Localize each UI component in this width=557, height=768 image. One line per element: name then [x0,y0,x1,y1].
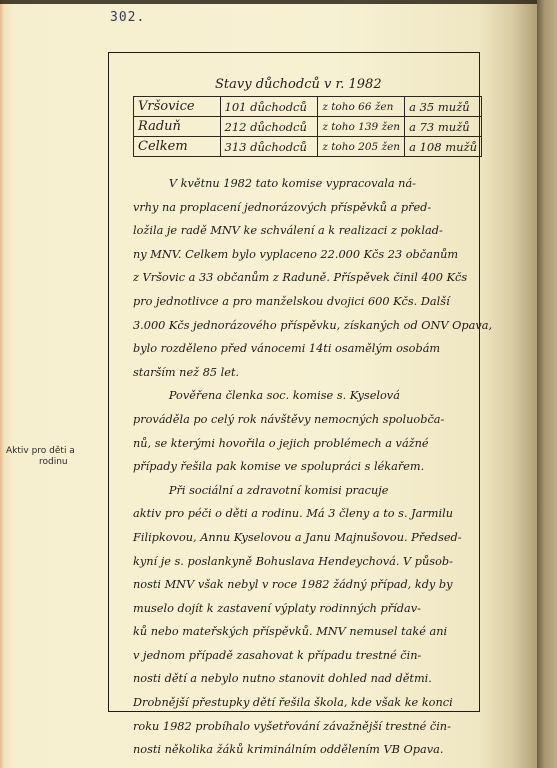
table-row: Raduň 212 důchodců z toho 139 žen a 73 m… [134,117,482,137]
text-line: Pověřena členka soc. komise s. Kyselová [133,384,488,408]
margin-note: Aktiv pro děti a rodinu [6,446,96,468]
page-number: 302. [110,10,145,25]
text-line: roku 1982 probíhalo vyšetřování závažněj… [133,715,488,739]
cell-total: 212 důchodců [220,117,318,137]
text-line: kyní je s. poslankyně Bohuslava Hendeych… [133,550,488,574]
cell-men: a 73 mužů [405,117,482,137]
table-row: Vršovice 101 důchodců z toho 66 žen a 35… [134,97,482,117]
text-line: v jednom případě zasahovat k případu tre… [133,644,488,668]
pensioners-table: Vršovice 101 důchodců z toho 66 žen a 35… [133,96,482,157]
text-line: nů, se kterými hovořila o jejich problém… [133,432,488,456]
cell-men: a 35 mužů [405,97,482,117]
body-text: V květnu 1982 tato komise vypracovala ná… [133,172,488,762]
text-line: bylo rozděleno před vánocemi 14ti osaměl… [133,337,488,361]
cell-women: z toho 205 žen [318,137,405,157]
table-row: Celkem 313 důchodců z toho 205 žen a 108… [134,137,482,157]
text-line: starším než 85 let. [133,361,488,385]
text-line: nosti MNV však nebyl v roce 1982 žádný p… [133,573,488,597]
text-line: Při sociální a zdravotní komisi pracuje [133,479,488,503]
cell-total: 313 důchodců [220,137,318,157]
text-line: z Vršovic a 33 občanům z Raduně. Příspěv… [133,266,488,290]
text-line: ny MNV. Celkem bylo vyplaceno 22.000 Kčs… [133,243,488,267]
cell-total: 101 důchodců [220,97,318,117]
text-line: Drobnější přestupky dětí řešila škola, k… [133,691,488,715]
text-line: nosti několika žáků kriminálním oddělení… [133,738,488,762]
cell-name: Celkem [134,137,221,157]
text-line: vrhy na proplacení jednorázových příspěv… [133,196,488,220]
margin-note-line1: Aktiv pro děti a [6,446,75,456]
text-line: ků nebo mateřských příspěvků. MNV nemuse… [133,620,488,644]
margin-note-line2: rodinu [6,457,96,468]
scanned-page: 302. Aktiv pro děti a rodinu Stavy důcho… [0,0,557,768]
cell-name: Raduň [134,117,221,137]
text-line: prováděla po celý rok návštěvy nemocných… [133,408,488,432]
text-line: 3.000 Kčs jednorázového příspěvku, získa… [133,314,488,338]
cell-women: z toho 66 žen [318,97,405,117]
text-line: případy řešila pak komise ve spolupráci … [133,455,488,479]
cell-name: Vršovice [134,97,221,117]
table-title: Stavy důchodců v r. 1982 [215,77,382,92]
text-line: pro jednotlivce a pro manželskou dvojici… [133,290,488,314]
book-binding-edge [537,0,557,768]
text-line: V květnu 1982 tato komise vypracovala ná… [133,172,488,196]
cell-men: a 108 mužů [405,137,482,157]
text-line: Filipkovou, Annu Kyselovou a Janu Majnuš… [133,526,488,550]
text-line: muselo dojít k zastavení výplaty rodinný… [133,597,488,621]
text-line: ložila je radě MNV ke schválení a k real… [133,219,488,243]
cell-women: z toho 139 žen [318,117,405,137]
top-edge-shadow [0,0,557,4]
text-line: nosti dětí a nebylo nutno stanovit dohle… [133,667,488,691]
text-line: aktiv pro péči o děti a rodinu. Má 3 čle… [133,502,488,526]
